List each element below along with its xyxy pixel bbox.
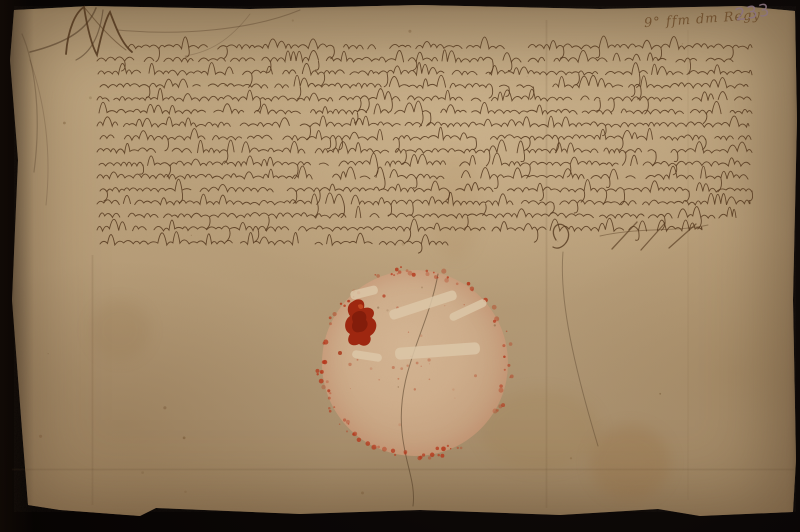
parchment-speck bbox=[377, 306, 379, 308]
parchment-speck bbox=[402, 243, 405, 246]
parchment-speck bbox=[297, 151, 299, 153]
parchment-speck bbox=[183, 437, 186, 440]
manuscript-art-layer bbox=[0, 0, 800, 532]
parchment-speck bbox=[398, 386, 399, 387]
parchment-speck bbox=[557, 241, 558, 242]
parchment-speck bbox=[361, 491, 364, 494]
parchment-speck bbox=[682, 43, 684, 45]
parchment-speck bbox=[421, 286, 423, 288]
parchment-speck bbox=[224, 84, 226, 86]
parchment-speck bbox=[386, 309, 388, 311]
photo-frame: 9° ffm dm Regy 233 bbox=[0, 0, 800, 532]
parchment-grain-texture bbox=[14, 6, 796, 512]
parchment-speck bbox=[163, 406, 166, 409]
parchment-speck bbox=[292, 19, 294, 21]
parchment-speck bbox=[184, 491, 186, 493]
parchment-speck bbox=[397, 65, 399, 67]
parchment-speck bbox=[527, 76, 528, 77]
parchment-speck bbox=[141, 471, 144, 474]
parchment-speck bbox=[191, 235, 192, 236]
parchment-speck bbox=[63, 122, 66, 125]
parchment-speck bbox=[48, 353, 49, 354]
parchment-speck bbox=[570, 457, 572, 459]
parchment-speck bbox=[659, 393, 661, 395]
parchment-speck bbox=[494, 324, 496, 326]
parchment-speck bbox=[89, 96, 92, 99]
parchment-speck bbox=[39, 435, 42, 438]
parchment-speck bbox=[408, 30, 411, 33]
